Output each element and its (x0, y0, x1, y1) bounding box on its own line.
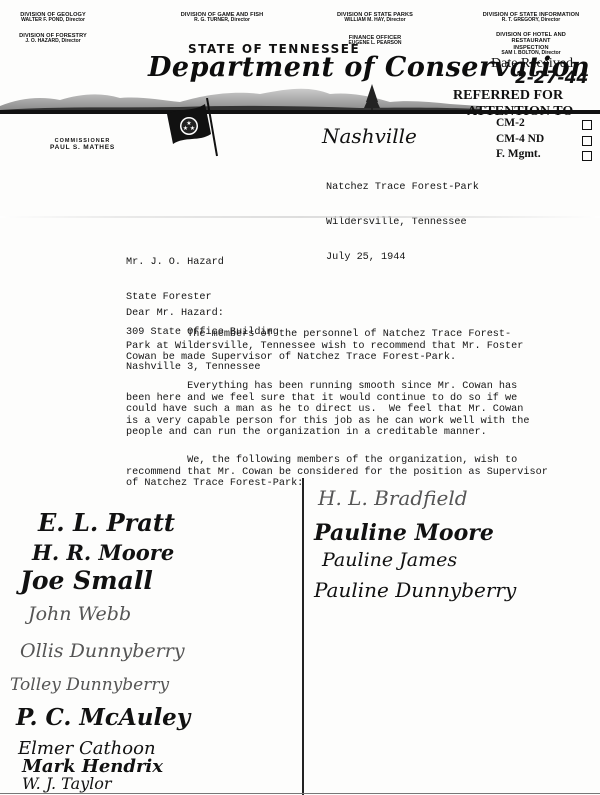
signature: H. R. Moore (32, 540, 174, 565)
signature: Pauline Dunnyberry (314, 578, 516, 602)
routing-label: CM-4 ND (496, 133, 544, 145)
division-game-fish: DIVISION OF GAME AND FISH R. G. TURNER, … (172, 12, 272, 24)
commissioner-name: PAUL S. MATHES (50, 144, 115, 151)
division-geology: DIVISION OF GEOLOGY WALTER F. POND, Dire… (18, 12, 88, 24)
mountain-landscape-icon (0, 80, 480, 114)
svg-text:★: ★ (183, 125, 188, 132)
signature: P. C. McAuley (16, 704, 190, 731)
sender-line: Wildersville, Tennessee (326, 217, 479, 229)
checkbox-icon[interactable] (582, 151, 592, 161)
routing-item[interactable]: CM-2 (496, 117, 596, 133)
svg-text:★: ★ (190, 125, 195, 132)
division-director: R. T. GREGORY, Director (475, 18, 587, 24)
paper-fold (0, 216, 600, 218)
division-state-information: DIVISION OF STATE INFORMATION R. T. GREG… (475, 12, 587, 24)
routing-label: F. Mgmt. (496, 148, 541, 160)
body-paragraph: We, the following members of the organiz… (126, 455, 548, 490)
division-director: WALTER F. POND, Director (18, 18, 88, 24)
signature-column-divider (302, 478, 304, 795)
signature: John Webb (28, 603, 131, 625)
signature: Ollis Dunnyberry (20, 640, 185, 662)
division-director: WILLIAM M. HAY, Director (325, 18, 425, 24)
signature: Tolley Dunnyberry (10, 675, 169, 695)
recipient-line: State Forester (126, 292, 279, 304)
signature: Pauline James (322, 549, 457, 571)
commissioner-block: COMMISSIONER PAUL S. MATHES (50, 138, 115, 151)
letter-page: DIVISION OF GEOLOGY WALTER F. POND, Dire… (0, 0, 600, 795)
sender-address: Natchez Trace Forest-Park Wildersville, … (326, 159, 479, 287)
referred-label: REFERRED FOR (453, 88, 563, 104)
date-received-value: 2-27-44 (515, 68, 588, 88)
city-name: Nashville (322, 124, 417, 148)
signature: E. L. Pratt (38, 508, 175, 537)
division-state-parks: DIVISION OF STATE PARKS WILLIAM M. HAY, … (325, 12, 425, 24)
sender-line: Natchez Trace Forest-Park (326, 182, 479, 194)
routing-checklist: CM-2 CM-4 ND F. Mgmt. (496, 117, 596, 164)
checkbox-icon[interactable] (582, 136, 592, 146)
division-director: R. G. TURNER, Director (172, 18, 272, 24)
signature: H. L. Bradfield (318, 486, 468, 510)
signature: W. J. Taylor (22, 774, 112, 793)
body-paragraph: The members of the personnel of Natchez … (126, 329, 523, 364)
letter-date: July 25, 1944 (326, 252, 479, 264)
signature: Joe Small (20, 566, 153, 595)
routing-item[interactable]: F. Mgmt. (496, 148, 596, 164)
signature: Pauline Moore (314, 520, 494, 546)
division-name: DIVISION OF HOTEL AND RESTAURANT INSPECT… (495, 32, 567, 51)
recipient-line: Mr. J. O. Hazard (126, 257, 279, 269)
tennessee-flag-icon: ★ ★ ★ (165, 98, 225, 158)
body-paragraph: Everything has been running smooth since… (126, 381, 530, 439)
checkbox-icon[interactable] (582, 120, 592, 130)
routing-item[interactable]: CM-4 ND (496, 133, 596, 149)
routing-label: CM-2 (496, 117, 525, 129)
salutation: Dear Mr. Hazard: (126, 308, 224, 320)
page-bottom-edge (0, 793, 600, 794)
division-director: J. O. HAZARD, Director (18, 39, 88, 45)
division-forestry: DIVISION OF FORESTRY J. O. HAZARD, Direc… (18, 33, 88, 45)
